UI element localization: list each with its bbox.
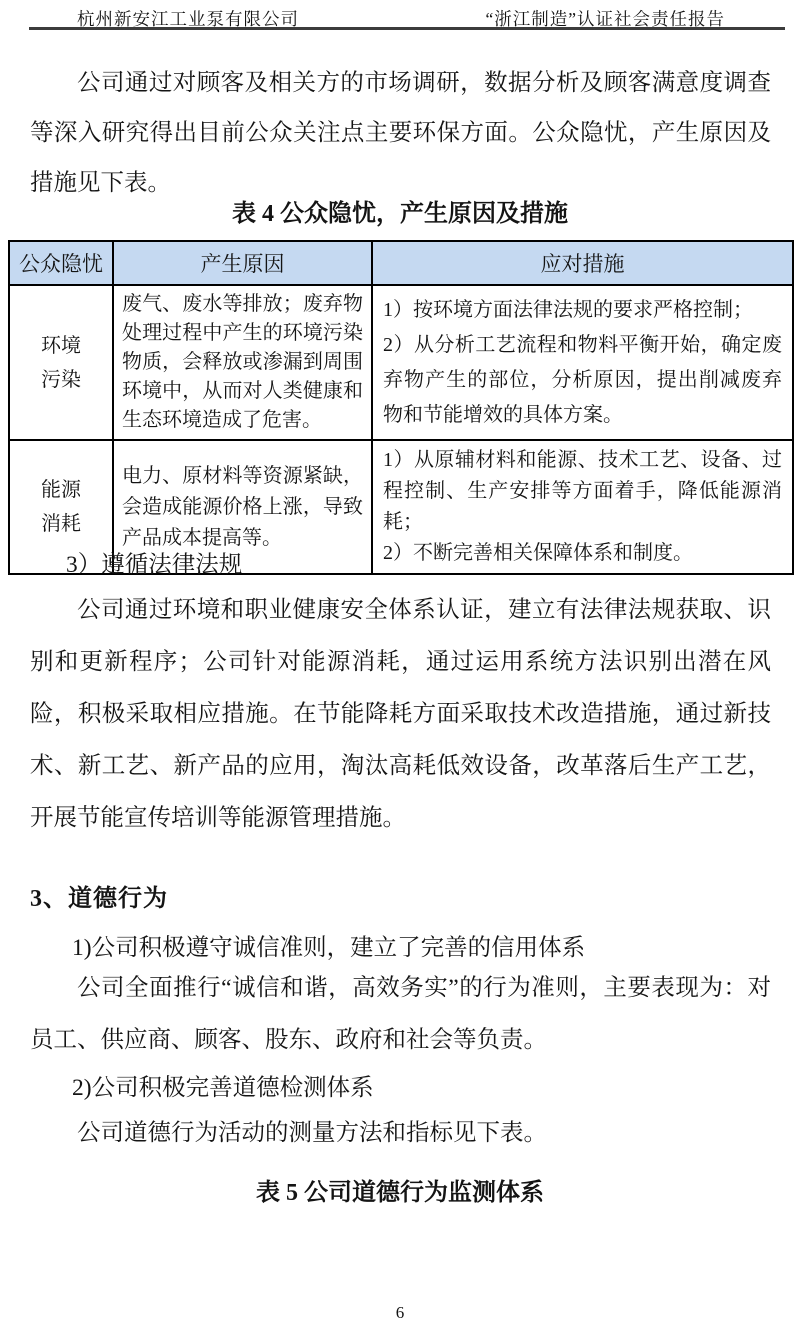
header-divider: [29, 27, 785, 30]
report-page: 杭州新安江工业泵有限公司 “浙江制造”认证社会责任报告 公司通过对顾客及相关方的…: [0, 0, 800, 1334]
ethics-heading: 3、道德行为: [30, 878, 168, 913]
table4-header-concern: 公众隐忧: [9, 241, 113, 285]
table4-title: 表 4 公众隐忧，产生原因及措施: [0, 193, 800, 228]
cell-cause-environment: 废气、废水等排放；废弃物处理过程中产生的环境污染物质，会释放或渗漏到周围环境中，…: [113, 285, 372, 440]
table5-title: 表 5 公司道德行为监测体系: [0, 1172, 800, 1207]
law-paragraph: 公司通过环境和职业健康安全体系认证，建立有法律法规获取、识别和更新程序；公司针对…: [30, 584, 771, 844]
page-number: 6: [0, 1303, 800, 1323]
cell-concern-environment: 环境 污染: [9, 285, 113, 440]
table4-concerns-table: 公众隐忧 产生原因 应对措施 环境 污染 废气、废水等排放；废弃物处理过程中产生…: [8, 240, 794, 575]
cell-measures-environment: 1）按环境方面法律法规的要求严格控制； 2）从分析工艺流程和物料平衡开始，确定废…: [372, 285, 793, 440]
ethics-paragraph-1: 公司全面推行“诚信和谐，高效务实”的行为准则，主要表现为：对员工、供应商、顾客、…: [30, 962, 771, 1066]
cell-measures-energy: 1）从原辅材料和能源、技术工艺、设备、过程控制、生产安排等方面着手，降低能源消耗…: [372, 440, 793, 574]
ethics-item-2: 2)公司积极完善道德检测体系: [30, 1068, 374, 1102]
table-row-environment: 环境 污染 废气、废水等排放；废弃物处理过程中产生的环境污染物质，会释放或渗漏到…: [9, 285, 793, 440]
ethics-item-1: 1)公司积极遵守诚信准则，建立了完善的信用体系: [30, 928, 585, 962]
table4-header-cause: 产生原因: [113, 241, 372, 285]
law-subheading: 3）遵循法律法规: [30, 545, 242, 579]
intro-paragraph: 公司通过对顾客及相关方的市场调研，数据分析及顾客满意度调查等深入研究得出目前公众…: [30, 58, 771, 208]
table4-header-row: 公众隐忧 产生原因 应对措施: [9, 241, 793, 285]
ethics-paragraph-2: 公司道德行为活动的测量方法和指标见下表。: [30, 1118, 771, 1148]
table4-header-measures: 应对措施: [372, 241, 793, 285]
